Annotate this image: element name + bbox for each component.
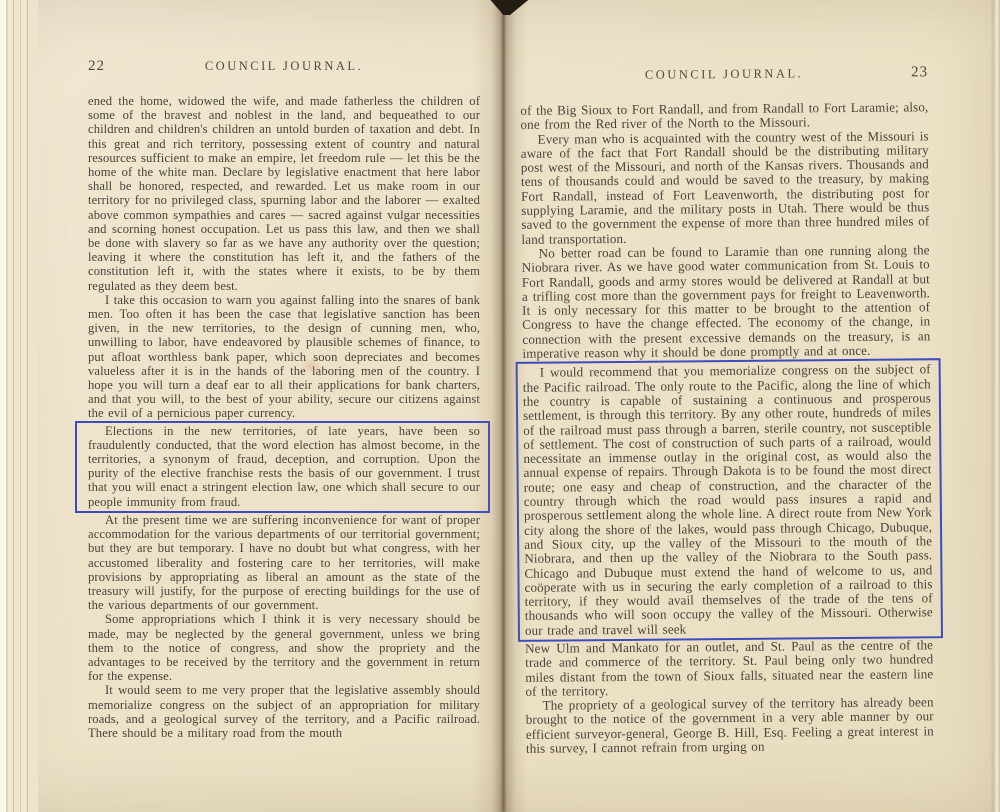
page-number: 22 [88,58,134,75]
left-page: 22 COUNCIL JOURNAL. ened the home, widow… [38,0,478,812]
paragraph: Some appropriations which I think it is … [88,612,480,683]
paragraph: ened the home, widowed the wife, and mad… [88,94,480,293]
paragraph-highlighted: Elections in the new territories, of lat… [88,424,480,509]
annotation-box-pacific-railroad: I would recommend that you memorialize c… [516,359,943,642]
paragraph-highlighted: I would recommend that you memorialize c… [523,363,933,638]
page-number: 23 [882,64,928,81]
paragraph: No better road can be found to Laramie t… [522,243,931,361]
paragraph: I take this occasion to warn you against… [88,293,480,421]
left-page-header: 22 COUNCIL JOURNAL. [88,58,480,75]
annotation-box-elections: Elections in the new territories, of lat… [75,421,490,513]
gutter-crease [502,0,505,812]
running-head: COUNCIL JOURNAL. [134,59,434,74]
right-page-edge [990,0,1000,812]
right-page-body: of the Big Sioux to Fort Randall, and fr… [520,100,934,756]
paragraph: of the Big Sioux to Fort Randall, and fr… [520,100,928,132]
paragraph: It would seem to me very proper that the… [88,683,480,740]
paragraph: At the present time we are suffering inc… [88,513,480,612]
gutter-shadow [472,0,528,812]
paragraph: New Ulm and Mankato for an outlet, and S… [525,638,933,699]
paragraph: The propriety of a geological survey of … [526,695,934,756]
running-head: COUNCIL JOURNAL. [566,66,882,84]
paragraph: Every man who is acquainted with the cou… [521,129,930,247]
left-page-body: ened the home, widowed the wife, and mad… [88,94,480,740]
book-spread: 22 COUNCIL JOURNAL. ened the home, widow… [0,0,1000,812]
right-page: COUNCIL JOURNAL. 23 of the Big Sioux to … [512,0,942,812]
page-edges-decoration [0,0,38,812]
paper-stain [300,358,322,374]
right-page-header: COUNCIL JOURNAL. 23 [520,64,928,85]
